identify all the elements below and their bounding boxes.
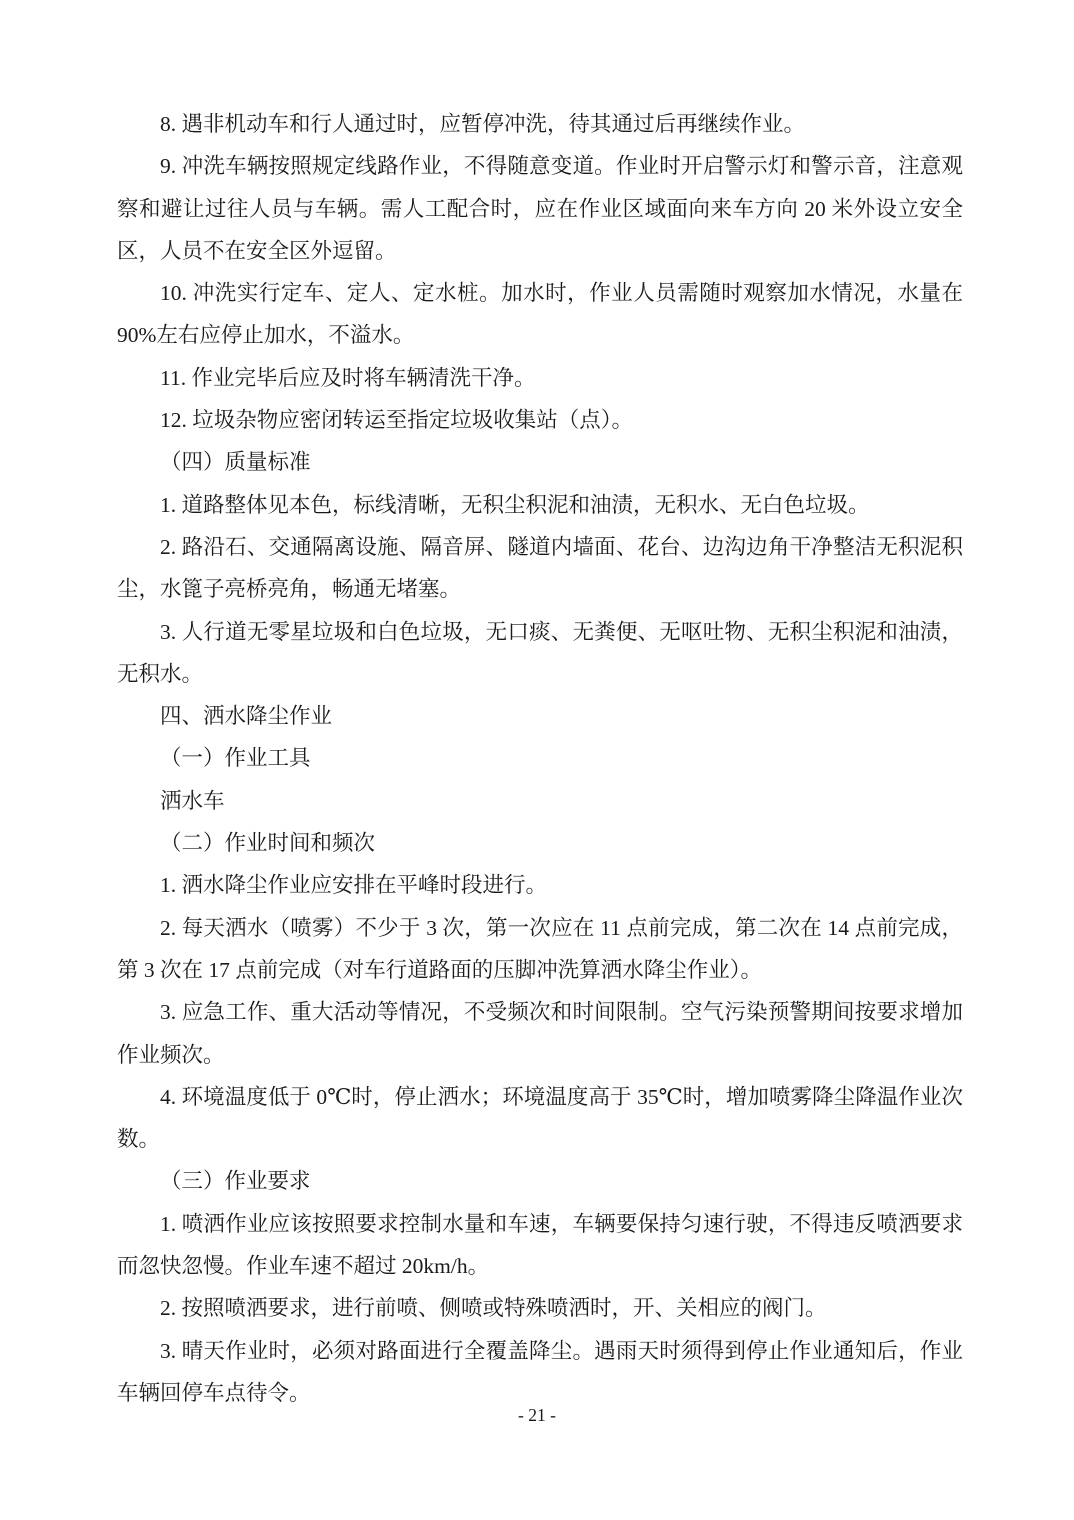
paragraph: 12. 垃圾杂物应密闭转运至指定垃圾收集站（点）。 — [117, 399, 963, 441]
paragraph: 3. 晴天作业时，必须对路面进行全覆盖降尘。遇雨天时须得到停止作业通知后，作业车… — [117, 1330, 963, 1415]
document-page: 8. 遇非机动车和行人通过时，应暂停冲洗，待其通过后再继续作业。9. 冲洗车辆按… — [0, 0, 1074, 1520]
section-heading: （三）作业要求 — [117, 1160, 963, 1202]
paragraph: 2. 按照喷洒要求，进行前喷、侧喷或特殊喷洒时，开、关相应的阀门。 — [117, 1287, 963, 1329]
paragraph: 3. 应急工作、重大活动等情况，不受频次和时间限制。空气污染预警期间按要求增加作… — [117, 991, 963, 1076]
section-heading: 四、洒水降尘作业 — [117, 695, 963, 737]
paragraph: 2. 每天洒水（喷雾）不少于 3 次，第一次应在 11 点前完成，第二次在 14… — [117, 907, 963, 992]
paragraph: 1. 道路整体见本色，标线清晰，无积尘积泥和油渍，无积水、无白色垃圾。 — [117, 484, 963, 526]
section-heading: （四）质量标准 — [117, 441, 963, 483]
page-footer: - 21 - — [0, 1404, 1074, 1426]
paragraph: 1. 洒水降尘作业应安排在平峰时段进行。 — [117, 864, 963, 906]
paragraph: 11. 作业完毕后应及时将车辆清洗干净。 — [117, 357, 963, 399]
page-number: - 21 - — [518, 1405, 556, 1425]
paragraph: 1. 喷洒作业应该按照要求控制水量和车速，车辆要保持匀速行驶，不得违反喷洒要求而… — [117, 1203, 963, 1288]
paragraph: 3. 人行道无零星垃圾和白色垃圾，无口痰、无粪便、无呕吐物、无积尘积泥和油渍，无… — [117, 611, 963, 696]
document-body: 8. 遇非机动车和行人通过时，应暂停冲洗，待其通过后再继续作业。9. 冲洗车辆按… — [117, 0, 963, 1414]
paragraph: 10. 冲洗实行定车、定人、定水桩。加水时，作业人员需随时观察加水情况，水量在 … — [117, 272, 963, 357]
paragraph: 9. 冲洗车辆按照规定线路作业，不得随意变道。作业时开启警示灯和警示音，注意观察… — [117, 145, 963, 272]
paragraph: 2. 路沿石、交通隔离设施、隔音屏、隧道内墙面、花台、边沟边角干净整洁无积泥积尘… — [117, 526, 963, 611]
section-heading: （一）作业工具 — [117, 737, 963, 779]
paragraph: 8. 遇非机动车和行人通过时，应暂停冲洗，待其通过后再继续作业。 — [117, 103, 963, 145]
section-heading: （二）作业时间和频次 — [117, 822, 963, 864]
paragraph: 洒水车 — [117, 780, 963, 822]
paragraph: 4. 环境温度低于 0℃时，停止洒水；环境温度高于 35℃时，增加喷雾降尘降温作… — [117, 1076, 963, 1161]
